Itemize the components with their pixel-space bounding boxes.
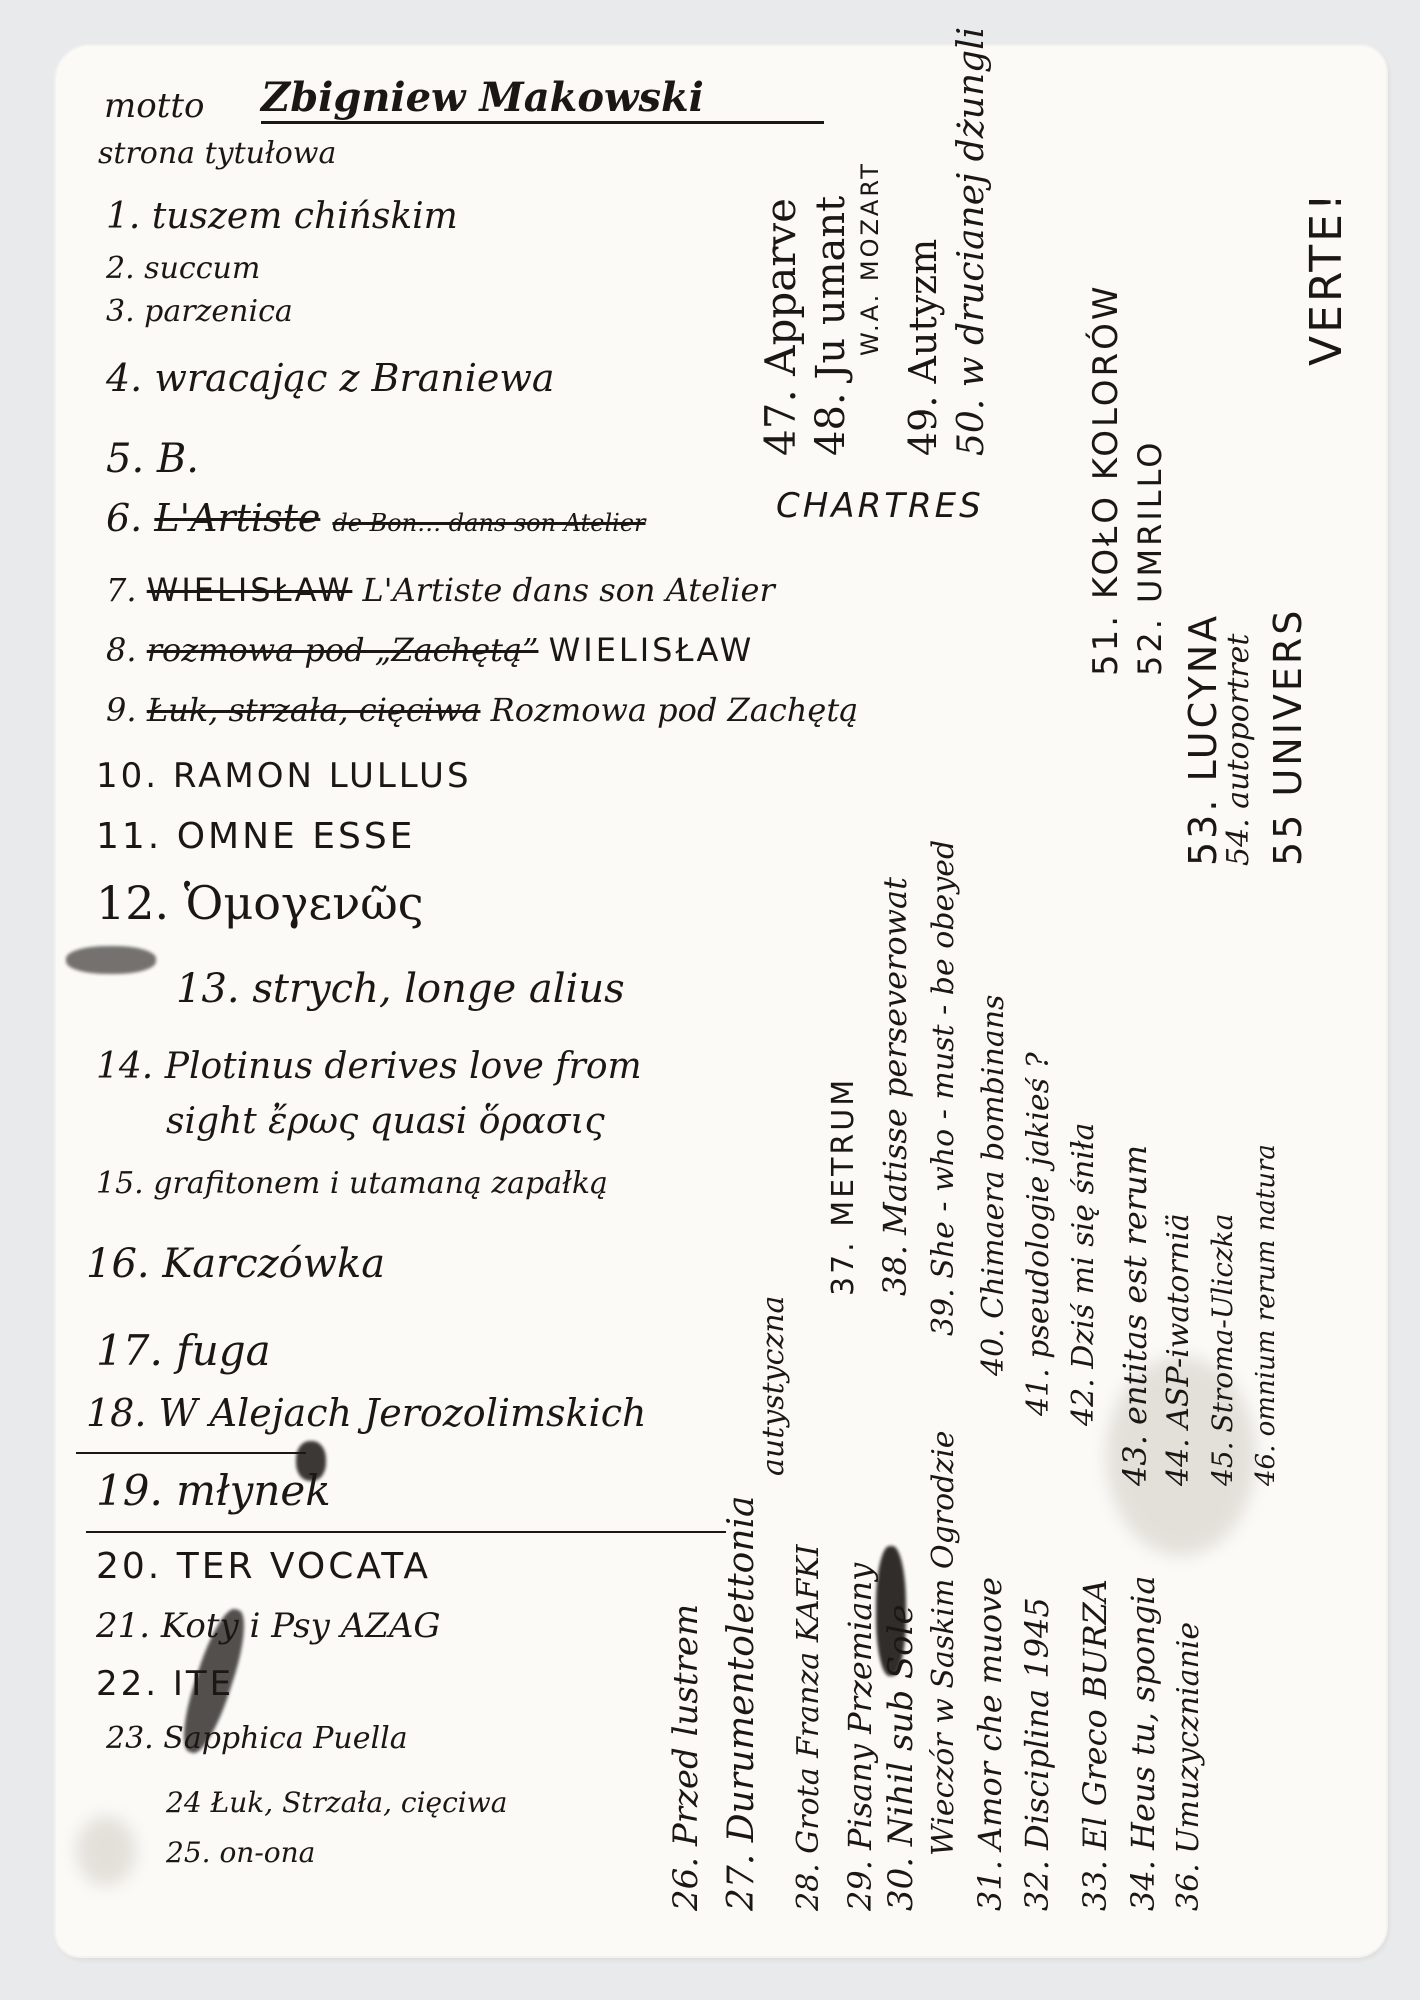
list-item-vertical: 52. UMRILLO <box>1131 440 1169 676</box>
divider-line <box>86 1531 726 1533</box>
list-item-vertical: 42. Dziś mi się śniła <box>1066 1123 1101 1426</box>
list-item-vertical: W.A. MOZART <box>856 161 884 356</box>
list-item: 2. succum <box>106 251 260 286</box>
list-item-vertical: 48. Ju umant <box>808 196 854 456</box>
manuscript-sheet: motto strona tytułowa Zbigniew Makowski … <box>56 46 1386 1956</box>
list-item-vertical: 43. entitas est rerum <box>1116 1145 1154 1486</box>
list-item-vertical: Wieczór w Saskim Ogrodzie <box>926 1430 961 1856</box>
list-item: 7. WIELISŁAW L'Artiste dans son Atelier <box>106 571 775 609</box>
list-item-vertical: 36. Umuzycznianie <box>1171 1622 1206 1911</box>
list-item-vertical: 27. Durumentolettonia <box>721 1495 762 1911</box>
title-page-label: strona tytułowa <box>98 136 336 171</box>
list-item: 19. młynek <box>96 1466 331 1515</box>
list-item: 14. Plotinus derives love from <box>96 1046 642 1087</box>
list-item-vertical: 49. Autyzm <box>901 239 945 456</box>
list-item: 1. tuszem chińskim <box>106 196 458 237</box>
list-item: 13. strych, longe alius <box>176 966 625 1012</box>
list-item-vertical: 28. Grota Franza KAFKI <box>791 1544 826 1911</box>
list-item: 9. Łuk, strzała, cięciwa Rozmowa pod Zac… <box>106 691 858 729</box>
list-item-vertical: 37. METRUM <box>826 1077 861 1296</box>
list-item-vertical: 44. ASP-iwatorniä <box>1161 1213 1196 1486</box>
list-item-vertical: 47. Apparve <box>756 198 805 456</box>
list-item-vertical: 32. Disciplina 1945 <box>1018 1597 1056 1911</box>
water-stain <box>76 1816 136 1886</box>
list-item-vertical: 45. Stroma-Uliczka <box>1206 1214 1239 1486</box>
ink-blot <box>66 946 156 974</box>
list-item: 15. grafitonem i utamaną zapałką <box>96 1166 608 1201</box>
list-item: 24 Łuk, Strzała, cięciwa <box>166 1786 507 1819</box>
list-item-vertical: 50. w drucianej dżungli <box>951 27 992 456</box>
list-item: 11. OMNE ESSE <box>96 816 415 857</box>
list-item-vertical: 41. pseudologie jakieś ? <box>1021 1052 1056 1416</box>
list-item: 3. parzenica <box>106 294 293 329</box>
list-item-vertical: 54. autoportret <box>1221 634 1256 866</box>
list-item-vertical: 39. She - who - must - be obeyed <box>926 840 961 1336</box>
verte-note: VERTE! <box>1301 190 1352 366</box>
list-item-vertical: 38. Matisse perseverowat <box>876 877 914 1296</box>
list-item-vertical: 29. Pisany Przemiany <box>841 1563 879 1911</box>
author-name: Zbigniew Makowski <box>261 74 824 124</box>
list-item: 5. B. <box>106 436 199 482</box>
list-item-vertical: 53. LUCYNA <box>1181 613 1225 866</box>
list-item: 10. RAMON LULLUS <box>96 756 472 796</box>
list-item: 16. Karczówka <box>86 1241 385 1287</box>
list-item-vertical: 30. Nihil sub Sole <box>881 1604 921 1911</box>
note-chartres: CHARTRES <box>776 486 984 526</box>
list-item: 18. W Alejach Jerozolimskich <box>86 1391 646 1435</box>
list-item-vertical: autystyczna <box>756 1296 791 1476</box>
list-item-vertical: 55 UNIVERS <box>1266 608 1310 866</box>
list-item: 20. TER VOCATA <box>96 1546 431 1587</box>
list-item: 23. Sapphica Puella <box>106 1721 408 1756</box>
list-item: 22. ITE <box>96 1664 234 1704</box>
list-item: 12. Ὁμογενῶς <box>96 876 423 930</box>
list-item-vertical: 33. El Greco BURZA <box>1076 1579 1114 1911</box>
list-item-vertical: 40. Chimaera bombinans <box>976 995 1011 1376</box>
list-item: 17. fuga <box>96 1326 271 1375</box>
list-item-vertical: 31. Amor che muove <box>971 1577 1009 1911</box>
list-item: 21. Koty i Psy AZAG <box>96 1606 441 1646</box>
list-item: 4. wracając z Braniewa <box>106 356 555 400</box>
list-item-vertical: 46. omnium rerum natura <box>1251 1144 1281 1486</box>
list-item-vertical: 26. Przed lustrem <box>666 1604 706 1911</box>
list-item: 25. on-ona <box>166 1836 315 1869</box>
list-item: 8. rozmowa pod „Zachętą” WIELISŁAW <box>106 631 754 669</box>
list-item: 6. L'Artiste de Bon… dans son Atelier <box>106 496 646 540</box>
list-item-vertical: 51. KOŁO KOLORÓW <box>1086 284 1126 676</box>
motto-label: motto <box>104 86 205 126</box>
list-item-vertical: 34. Heus tu, spongia <box>1124 1576 1162 1912</box>
list-item-continuation: sight ἔρως quasi ὅρασις <box>166 1101 605 1142</box>
divider-arrow-line <box>76 1452 306 1454</box>
